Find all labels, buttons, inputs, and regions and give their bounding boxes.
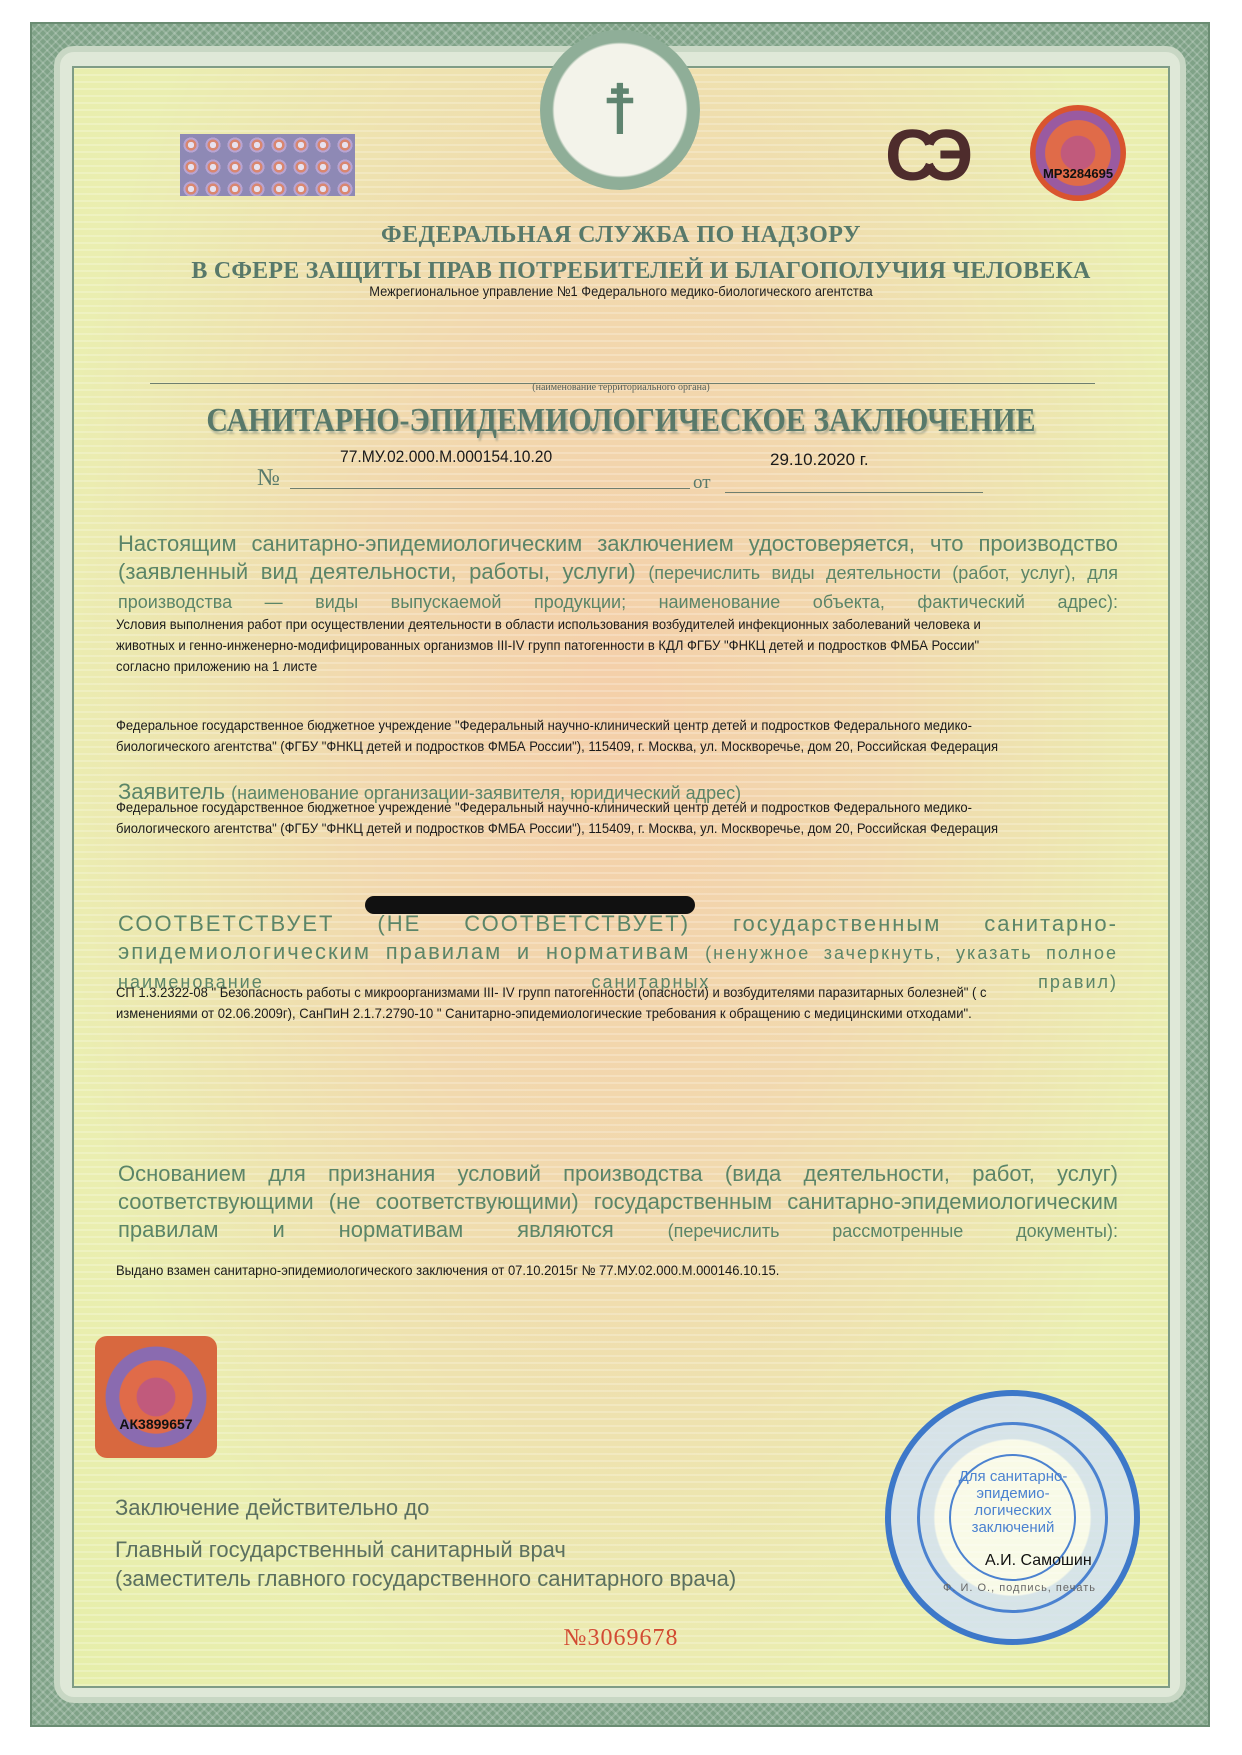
date-rule [725,492,983,493]
activity-value: Условия выполнения работ при осуществлен… [116,614,1009,677]
emblem-badge: ☨ [540,30,700,190]
hologram-seal-top-code: МР3284695 [1043,166,1113,181]
number-rule [290,488,690,489]
hologram-seal-top: МР3284695 [1030,105,1126,201]
basis-heading: Основанием для признания условий произво… [118,1160,1118,1245]
basis-hint: (перечислить рассмотренные документы): [668,1221,1118,1241]
se-logo-icon: СЭ [885,126,995,186]
activity-address: Федеральное государственное бюджетное уч… [116,715,1009,757]
activity-preamble: Настоящим санитарно-эпидемиологическим з… [118,530,1118,616]
basis-value: Выдано взамен санитарно-эпидемиологическ… [116,1260,1009,1281]
territorial-body-caption: (наименование территориального органа) [0,382,1242,393]
document-number: 77.МУ.02.000.М.000154.10.20 [340,447,552,467]
territorial-body: Межрегиональное управление №1 Федерально… [50,283,1193,299]
signatory-title: Главный государственный санитарный врач [115,1537,566,1563]
valid-until-label: Заключение действительно до [115,1495,429,1521]
signature-caption: Ф. И. О., подпись, печать [943,1582,1096,1594]
compliance-value: СП 1.3.2322-08 " Безопасность работы с м… [116,982,1009,1024]
applicant-value: Федеральное государственное бюджетное уч… [116,797,1009,839]
form-serial-number: №3069678 [0,1625,1242,1652]
signer-name: А.И. Самошин [985,1552,1092,1570]
double-headed-eagle-icon: ☨ [580,65,660,155]
stamp-center-text: Для санитарно-эпидемио-логических заключ… [951,1468,1075,1536]
signatory-subtitle: (заместитель главного государственного с… [115,1566,736,1592]
document-title: САНИТАРНО-ЭПИДЕМИОЛОГИЧЕСКОЕ ЗАКЛЮЧЕНИЕ [75,402,1168,440]
number-label: № [257,465,280,492]
agency-title-line-2: В СФЕРЕ ЗАЩИТЫ ПРАВ ПОТРЕБИТЕЛЕЙ И БЛАГО… [0,258,1242,285]
agency-title-line-1: ФЕДЕРАЛЬНАЯ СЛУЖБА ПО НАДЗОРУ [0,222,1242,249]
document-date: 29.10.2020 г. [770,450,869,470]
official-stamp: Для санитарно-эпидемио-логических заключ… [885,1390,1140,1645]
hologram-seal-bottom: АК3899657 [95,1336,217,1458]
date-label: от [693,472,711,494]
hologram-seal-bottom-code: АК3899657 [119,1416,192,1432]
hologram-strip [180,134,355,196]
